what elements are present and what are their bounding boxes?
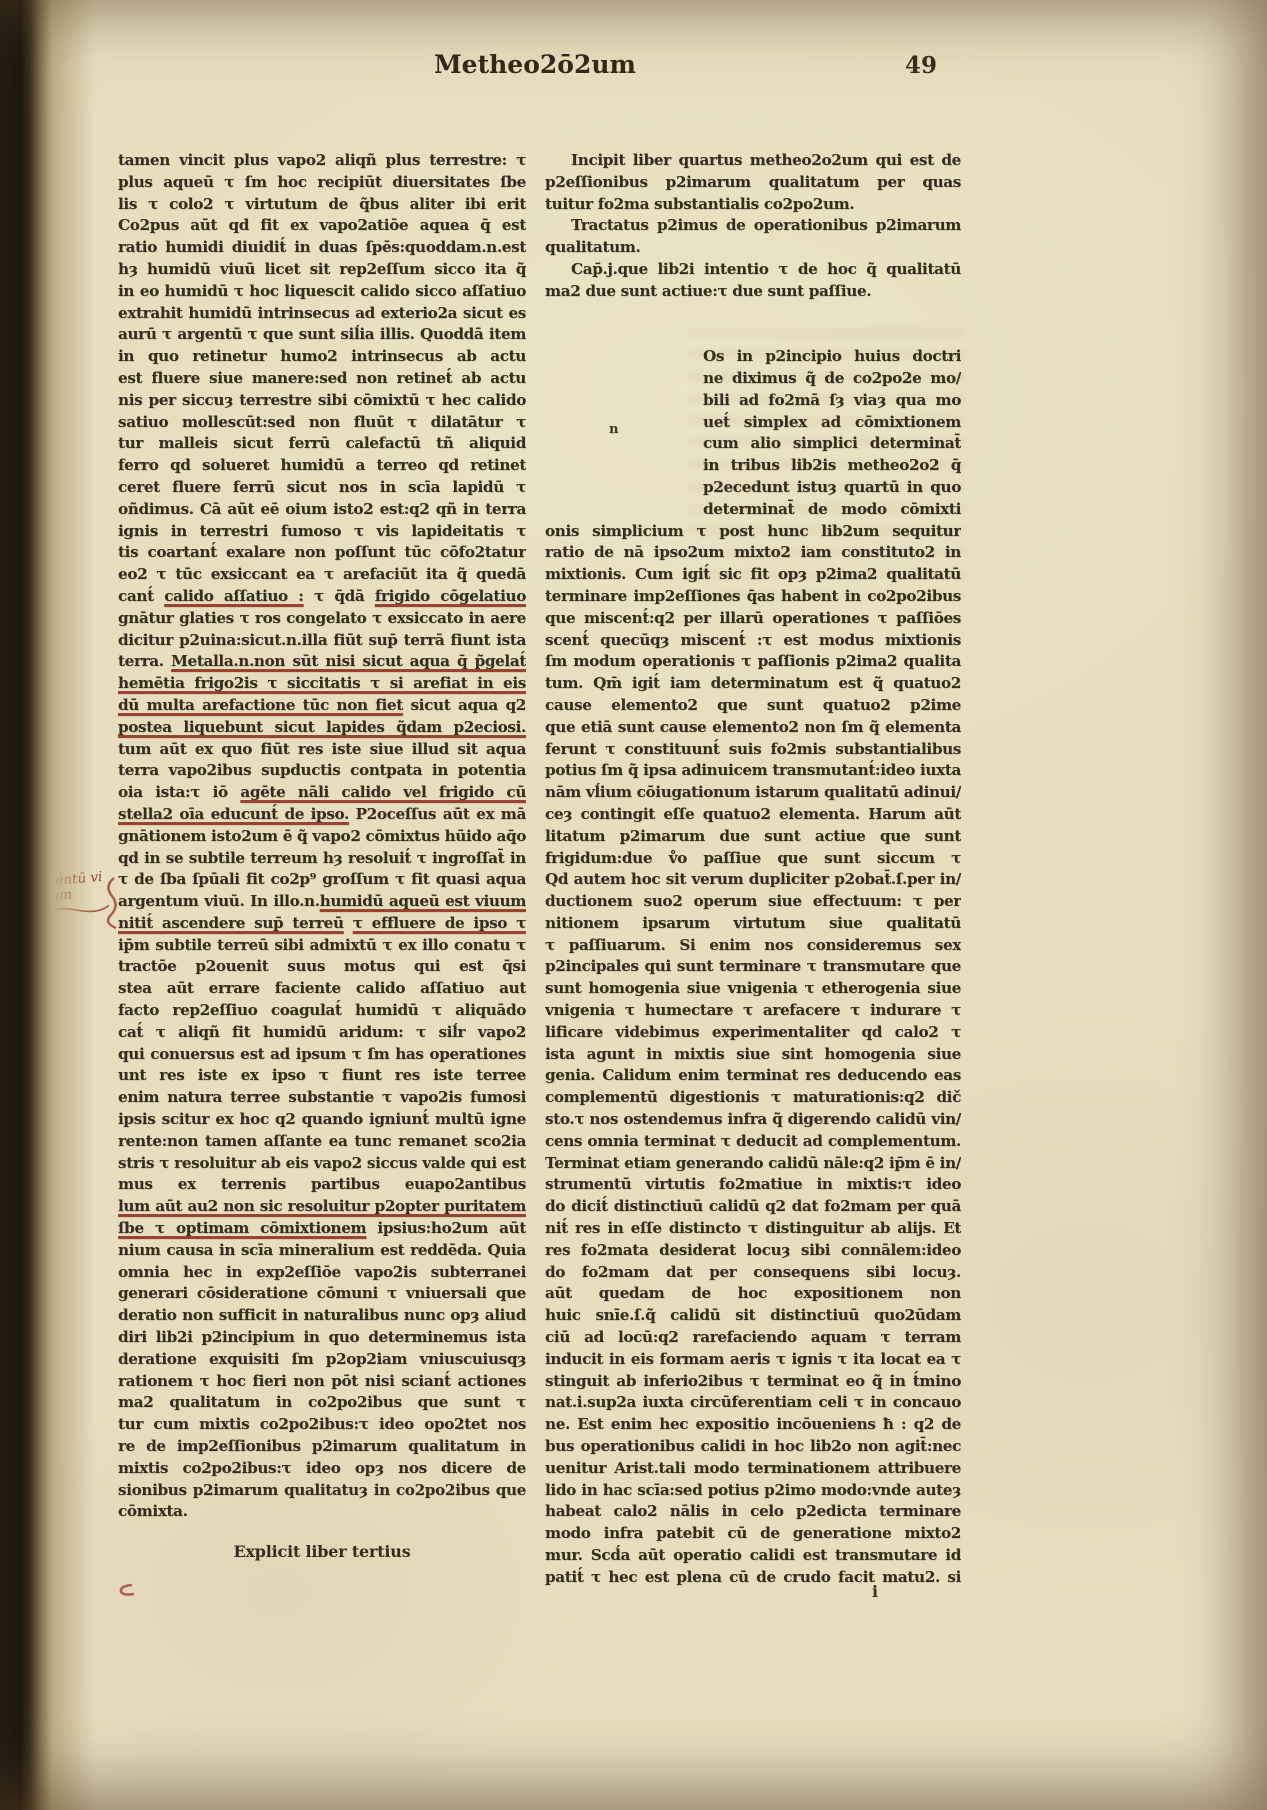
text-line: aūt quedam de hoc expositionem non conue… [545, 1283, 961, 1305]
signature-mark: i [872, 1582, 878, 1601]
text-segment: cum alio simplici determinat̄ [703, 434, 961, 452]
text-line: dicitur p2uina:sicut.n.illa fiūt sup̄ te… [118, 630, 526, 652]
text-segment: nitionem ipsarum virtutum siue qualitatū… [545, 914, 961, 935]
text-line: genia. Calidum enim terminat res deducen… [545, 1065, 961, 1087]
text-line: terra vapo2ibus supductis contpata in po… [118, 760, 526, 782]
text-segment: dicitur p2uina:sicut.n.illa fiūt sup̄ te… [118, 631, 526, 652]
text-segment: litatum p2imarum due sunt actiue que sun… [545, 827, 961, 848]
text-line: determinat̄ de modo cōmixti [703, 499, 961, 521]
text-segment: cōmixta. [118, 1502, 188, 1520]
text-segment: strumentū virtutis fo2matiue in mixtis:τ… [545, 1175, 961, 1196]
text-line: generari cōsideratione cōmuni τ vniuersa… [118, 1283, 526, 1305]
text-line: que miscent́:q2 per illarū operationes τ… [545, 608, 961, 630]
text-line: terra. Metalla.n.non sūt nisi sicut aqua… [118, 651, 526, 673]
text-line: cat́ τ aliqñ fit humidū aridum: τ siĺr v… [118, 1022, 526, 1044]
text-segment: aūt quedam de hoc expositionem non conue… [545, 1284, 961, 1305]
text-line: tamen vincit plus vapo2 aliqñ plus terre… [118, 150, 526, 172]
text-line: ip̄m subtile terreū sibi admixtū τ ex il… [118, 935, 526, 957]
red-underlined-text: calido aſſatiuo : [164, 587, 303, 605]
book-page: Metheo2ō2um 49 tamen vincit plus vapo2 a… [0, 0, 1267, 1810]
text-segment: huic snīe.ſ.q̃ calidū sit distinctiuū qu… [545, 1306, 961, 1327]
text-line: sto.τ nos ostendemus infra q̃ digerendo … [545, 1109, 961, 1131]
text-segment: sionibus p2imarum qualitatuȝ in co2po2ib… [118, 1481, 526, 1502]
text-segment: lificare videbimus experimentaliter qd c… [545, 1023, 961, 1044]
text-line: enim natura terree substantie τ vapo2is … [118, 1087, 526, 1109]
text-line: sunt homogenia siue vnigenia τ etherogen… [545, 978, 961, 1000]
text-line: frigidum:due v̊o paſſiue que sunt siccum… [545, 848, 961, 870]
red-underlined-text: hemētia frigo2is τ siccitatis τ si arefi… [118, 674, 526, 695]
incipit-section: Incipit liber quartus metheo2o2um qui es… [545, 150, 961, 303]
text-segment: sunt homogenia siue vnigenia τ etherogen… [545, 979, 961, 1000]
text-segment: Os in p2incipio huius doctri [703, 347, 961, 365]
text-segment: ciū ad locū:q2 rarefaciendo aquam τ terr… [545, 1328, 961, 1349]
text-segment: do fo2mam dat per consequens sibi locuȝ.… [545, 1263, 961, 1284]
initial-indented-paragraph: Os in p2incipio huius doctrine diximus q… [703, 346, 961, 520]
text-segment: ma2 qualitatum in co2po2ibus que sunt τ … [118, 1393, 526, 1414]
text-line: patit́ τ hec est plena cū de crudo facit… [545, 1567, 961, 1589]
text-segment: stris τ resoluitur ab eis vapo2 siccus v… [118, 1154, 526, 1175]
text-segment: est fluere siue manere:sed non retinet́ … [118, 369, 526, 390]
text-segment: in tribus lib2is metheo2o2 q̄ [703, 456, 961, 474]
text-segment: uet́ simplex ad cōmixtionem [703, 413, 961, 431]
text-line: qualitatum. [545, 237, 961, 259]
text-segment: genia. Calidum enim terminat res deducen… [545, 1066, 961, 1087]
text-line: lis τ colo2 τ virtutum de q̃bus aliter i… [118, 194, 526, 216]
text-segment: gnātur glaties τ ros congelato τ exsicca… [118, 609, 526, 630]
text-segment: enim natura terree substantie τ vapo2is … [118, 1088, 526, 1109]
text-segment: stinguit ab inferio2ibus τ terminat eo q… [545, 1372, 961, 1393]
text-line: cum alio simplici determinat̄ [703, 433, 961, 455]
text-line: ratio de nā ipso2um mixto2 iam constitut… [545, 542, 961, 564]
text-line: stella2 oīa educunt́ de ipso. P2oceſſus … [118, 804, 526, 826]
text-line: argentum viuū. In illo.n.humidū aqueū es… [118, 891, 526, 913]
text-line: stris τ resoluitur ab eis vapo2 siccus v… [118, 1153, 526, 1175]
text-line: cens omnia terminat τ deducit ad complem… [545, 1131, 961, 1153]
text-segment: Cap̄.j.que lib2i intentio τ de hoc q̃ qu… [545, 260, 961, 281]
text-segment: ignis in terrestri fumoso τ vis lapideit… [118, 522, 526, 543]
text-line: Co2pus aūt qd fit ex vapo2atiōe aquea q̄… [118, 215, 526, 237]
text-segment: in quo retinetur humo2 intrinsecus ab ac… [118, 347, 526, 368]
text-segment: sto.τ nos ostendemus infra q̃ digerendo … [545, 1110, 961, 1128]
text-line: res fo2mata desiderat locuȝ sibi connāle… [545, 1240, 961, 1262]
text-segment: terminare imp2eſſiones q̄as habent in co… [545, 587, 961, 605]
text-segment: tum. Qm̄ igit́ iam determinatum est q̃ q… [545, 674, 961, 695]
text-segment: lido in hac scīa:sed potius p2imo modo:v… [545, 1481, 961, 1499]
text-segment: tuitur fo2ma substantialis co2po2um. [545, 195, 854, 213]
text-line: huic snīe.ſ.q̃ calidū sit distinctiuū qu… [545, 1305, 961, 1327]
text-segment: que miscent́:q2 per illarū operationes τ… [545, 609, 961, 630]
text-line: sionibus p2imarum qualitatuȝ in co2po2ib… [118, 1480, 526, 1502]
text-segment: ne diximus q̃ de co2po2e mo/ [703, 369, 961, 387]
text-segment: ductionem suo2 operum siue effectuum: τ … [545, 892, 961, 913]
text-segment: Incipit liber quartus metheo2o2um qui es… [545, 151, 961, 172]
text-segment: bili ad fo2mā ſȝ viaȝ qua mo [703, 391, 961, 409]
text-line: unt res iste ex ipso τ fiunt res iste te… [118, 1065, 526, 1087]
text-line: nium causa in scīa mineralium est reddēd… [118, 1240, 526, 1262]
text-line: plus aqueū τ ſm hoc recipiūt diuersitate… [118, 172, 526, 194]
text-line: ignis in terrestri fumoso τ vis lapideit… [118, 521, 526, 543]
text-segment: Co2pus aūt qd fit ex vapo2atiōe aquea q̄… [118, 216, 526, 237]
text-line: tum aūt ex quo fiūt res iste siue illud … [118, 739, 526, 761]
text-line: cause elemento2 que sunt quatuo2 p2ime q… [545, 695, 961, 717]
text-line: cōmixta. [118, 1501, 526, 1523]
text-segment: stea aūt errare faciente calido aſſatiuo… [118, 979, 526, 1000]
text-line: scent́ quecūqȝ miscent́ :τ est modus mix… [545, 630, 961, 652]
text-segment: bus operationibus calidi in hoc lib2o no… [545, 1437, 961, 1458]
text-line: terminare imp2eſſiones q̄as habent in co… [545, 586, 961, 608]
text-segment: complementū digestionis τ maturationis:q… [545, 1088, 961, 1109]
text-segment: tis coartant́ exalare non poſſunt tūc cō… [118, 543, 526, 564]
text-segment: τ paſſiuarum. Si enim nos consideremus s… [545, 936, 961, 957]
text-segment: cant́ [118, 587, 164, 605]
text-segment: patit́ τ hec est plena cū de crudo facit… [545, 1568, 961, 1589]
text-segment: τ de ſba ſpūali fit co2p⁹ groſſum τ fit … [118, 870, 526, 891]
text-segment: ip̄m subtile terreū sibi admixtū τ ex il… [118, 936, 526, 957]
text-segment: ipsis scitur ex hoc q2 quando igniunt́ m… [118, 1110, 526, 1131]
text-segment: plus aqueū τ ſm hoc recipiūt diuersitate… [118, 173, 526, 194]
text-line: τ de ſba ſpūali fit co2p⁹ groſſum τ fit … [118, 869, 526, 891]
text-segment: qui conuersus est ad ipsum τ ſm has oper… [118, 1045, 526, 1066]
text-line: ista agunt in mixtis siue sint homogenia… [545, 1044, 961, 1066]
text-line: postea liquebunt sicut lapides q̃dam p2e… [118, 717, 526, 739]
text-line: onis simplicium τ post hunc lib2um sequi… [545, 521, 961, 543]
text-line: modo infra patebit cū de generatione mix… [545, 1523, 961, 1545]
text-line: ſbe τ optimam cōmixtionem ipsius:ho2um a… [118, 1218, 526, 1240]
text-segment: unt res iste ex ipso τ fiunt res iste te… [118, 1066, 526, 1087]
text-line: vnigenia τ humectare τ arefacere τ indur… [545, 1000, 961, 1022]
text-segment: facto rep2eſſiuo coagulat́ humidū τ aliq… [118, 1001, 526, 1022]
text-line: que etiā sunt cause elemento2 non ſm q̃ … [545, 717, 961, 739]
text-segment: generari cōsideratione cōmuni τ vniuersa… [118, 1284, 526, 1305]
text-line: nit́ res in eſſe distincto τ distinguitu… [545, 1218, 961, 1240]
text-line: mixtionis. Cum igit́ sic fit opȝ p2ima2 … [545, 564, 961, 586]
running-title: Metheo2ō2um [360, 50, 710, 79]
text-line: eo2 τ tūc exsiccant ea τ arefaciūt ita q… [118, 564, 526, 586]
text-segment: terra vapo2ibus supductis contpata in po… [118, 761, 526, 782]
text-segment: tur malleis sicut ferrū calefactū tñ ali… [118, 434, 526, 455]
text-line: ne diximus q̃ de co2po2e mo/ [703, 368, 961, 390]
text-line: p2ecedunt istuȝ quartū in quo [703, 477, 961, 499]
text-segment: Qd autem hoc sit verum dupliciter p2obat… [545, 870, 961, 888]
text-line: ſm modum operationis τ paſſionis p2ima2 … [545, 651, 961, 673]
text-segment: ratio humidi diuidit́ in duas ſpēs:quodd… [118, 238, 526, 259]
text-line: lum aūt au2 non sic resoluitur p2opter p… [118, 1196, 526, 1218]
text-segment: aurū τ argentū τ que sunt siĺia illis. Q… [118, 325, 526, 346]
text-line: rationem τ hoc fieri non pōt nisi sciant… [118, 1371, 526, 1393]
text-segment: re de imp2eſſionibus p2imarum qualitatum… [118, 1437, 526, 1458]
text-line: ne. Est enim hec expositio incōueniens ħ… [545, 1414, 961, 1436]
text-segment: tur cum mixtis co2po2ibus:τ ideo opo2tet… [118, 1415, 526, 1436]
text-segment: ceret fluere ferrū sicut nos in scīa lap… [118, 478, 526, 499]
text-segment: nis per siccuȝ terrestre sibi cōmixtū τ … [118, 391, 526, 412]
text-line: dū multa arefactione tūc non fiet sicut … [118, 695, 526, 717]
text-line: ferro qd solueret humidū a terreo qd ret… [118, 455, 526, 477]
text-line: rente:non tamen aſſante ea tunc remanet … [118, 1131, 526, 1153]
text-segment: argentum viuū. In illo.n. [118, 892, 320, 910]
text-segment: vnigenia τ humectare τ arefacere τ indur… [545, 1001, 961, 1022]
text-line: tur malleis sicut ferrū calefactū tñ ali… [118, 433, 526, 455]
text-line: ratio humidi diuidit́ in duas ſpēs:quodd… [118, 237, 526, 259]
page-number: 49 [905, 52, 975, 79]
text-line: τ paſſiuarum. Si enim nos consideremus s… [545, 935, 961, 957]
text-segment [344, 914, 353, 932]
text-segment: ista agunt in mixtis siue sint homogenia… [545, 1045, 961, 1066]
text-line: nat.i.sup2a iuxta circūferentiam celi τ … [545, 1392, 961, 1414]
text-line: extrahit humidū intrinsecus ad exterio2a… [118, 303, 526, 325]
text-segment: modo infra patebit cū de generatione mix… [545, 1524, 961, 1545]
text-segment: satiuo mollescūt:sed non fluūt τ dilatāt… [118, 413, 526, 434]
text-line: Incipit liber quartus metheo2o2um qui es… [545, 150, 961, 172]
text-line: qd in se subtile terreum hȝ resoluit́ τ … [118, 848, 526, 870]
text-segment: hȝ humidū viuū licet sit rep2eſſum sicco… [118, 260, 526, 281]
red-underlined-text: stella2 oīa educunt́ de ipso. [118, 805, 349, 823]
text-line: in quo retinetur humo2 intrinsecus ab ac… [118, 346, 526, 368]
text-line: p2eſſionibus p2imarum qualitatum per qua… [545, 172, 961, 194]
text-line: Terminat etiam generando calidū nāle:q2 … [545, 1153, 961, 1175]
text-line: nitionem ipsarum virtutum siue qualitatū… [545, 913, 961, 935]
text-segment: lis τ colo2 τ virtutum de q̃bus aliter i… [118, 195, 526, 216]
text-segment: mixtis co2po2ibus:τ ideo opȝ nos dicere … [118, 1459, 526, 1480]
text-segment: cause elemento2 que sunt quatuo2 p2ime q… [545, 696, 961, 717]
text-line: nām vĺium cōiugationum istarum qualitatū… [545, 782, 961, 804]
text-segment: scent́ quecūqȝ miscent́ :τ est modus mix… [545, 631, 961, 652]
rubricator-flourish-icon [102, 876, 122, 934]
text-segment: determinat̄ de modo cōmixti [703, 500, 961, 518]
initial-guide-letter: n [609, 422, 618, 437]
text-segment: deratio non sufficit in naturalibus nunc… [118, 1306, 526, 1327]
text-segment: ferro qd solueret humidū a terreo qd ret… [118, 456, 526, 477]
text-segment: eo2 τ tūc exsiccant ea τ arefaciūt ita q… [118, 565, 526, 586]
text-segment: frigidum:due v̊o paſſiue que sunt siccum… [545, 849, 961, 870]
text-segment: que etiā sunt cause elemento2 non ſm q̃ … [545, 718, 961, 739]
left-text-column: tamen vincit plus vapo2 aliqñ plus terre… [118, 150, 526, 1523]
text-segment: potius ſm q̃ ipsa adinuicem transmutant́… [545, 761, 961, 779]
text-segment: terra. [118, 652, 171, 670]
text-line: lido in hac scīa:sed potius p2imo modo:v… [545, 1480, 961, 1502]
text-line: stinguit ab inferio2ibus τ terminat eo q… [545, 1371, 961, 1393]
red-underlined-text: ſbe τ optimam cōmixtionem [118, 1219, 366, 1237]
right-text-column: Incipit liber quartus metheo2o2um qui es… [545, 150, 961, 1589]
text-line: mus ex terrenis partibus euapo2antibus c… [118, 1174, 526, 1196]
text-line: inducit in eis formam aeris τ ignis τ it… [545, 1349, 961, 1371]
text-segment: onis simplicium τ post hunc lib2um sequi… [545, 522, 961, 543]
text-segment: gnātionem isto2um ē q̃ vapo2 cōmixtus hū… [118, 827, 526, 845]
red-underlined-text: nitit́ ascendere sup̄ terreū [118, 914, 344, 932]
text-line: do dicit́ distinctiuū calidū q2 dat fo2m… [545, 1196, 961, 1218]
text-segment: qualitatum. [545, 238, 640, 256]
text-line: mixtis co2po2ibus:τ ideo opȝ nos dicere … [118, 1458, 526, 1480]
text-segment: mus ex terrenis partibus euapo2antibus c… [118, 1175, 526, 1196]
text-line: in eo humidū τ hoc liquescit calido sicc… [118, 281, 526, 303]
text-line: bus operationibus calidi in hoc lib2o no… [545, 1436, 961, 1458]
text-line: oñdimus. Cā aūt eē oium isto2 est:q2 qñ … [118, 499, 526, 521]
text-segment: qd in se subtile terreum hȝ resoluit́ τ … [118, 849, 526, 870]
text-segment: omnia hec in exp2eſſiōe vapo2is subterra… [118, 1263, 526, 1284]
text-line: stea aūt errare faciente calido aſſatiuo… [118, 978, 526, 1000]
text-segment: τ q̄dā [304, 587, 375, 605]
red-underlined-text: frigido cōgelatiuo [375, 587, 526, 605]
text-line: est fluere siue manere:sed non retinet́ … [118, 368, 526, 390]
text-segment: res fo2mata desiderat locuȝ sibi connāle… [545, 1241, 961, 1262]
text-line: in tribus lib2is metheo2o2 q̄ [703, 455, 961, 477]
text-segment: oñdimus. Cā aūt eē oium isto2 est:q2 qñ … [118, 500, 526, 521]
text-line: do fo2mam dat per consequens sibi locuȝ.… [545, 1262, 961, 1284]
text-segment: ne. Est enim hec expositio incōueniens ħ… [545, 1415, 961, 1436]
text-line: gnātionem isto2um ē q̃ vapo2 cōmixtus hū… [118, 826, 526, 848]
text-line: nis per siccuȝ terrestre sibi cōmixtū τ … [118, 390, 526, 412]
text-segment: diri lib2i p2incipium in quo determinemu… [118, 1328, 526, 1349]
text-segment: rente:non tamen aſſante ea tunc remanet … [118, 1132, 526, 1153]
explicit-colophon: Explicit liber tertius [118, 1542, 526, 1561]
text-line: ciū ad locū:q2 rarefaciendo aquam τ terr… [545, 1327, 961, 1349]
text-line: facto rep2eſſiuo coagulat́ humidū τ aliq… [118, 1000, 526, 1022]
text-line: cant́ calido aſſatiuo : τ q̄dā frigido c… [118, 586, 526, 608]
text-line: oia ista:τ iō agēte nāli calido vel frig… [118, 782, 526, 804]
text-line: Cap̄.j.que lib2i intentio τ de hoc q̃ qu… [545, 259, 961, 281]
text-line: ceȝ contingit eſſe quatuo2 elementa. Har… [545, 804, 961, 826]
red-underlined-text: postea liquebunt sicut lapides q̃dam p2e… [118, 718, 526, 736]
text-line: Tractatus p2imus de operationibus p2imar… [545, 215, 961, 237]
text-segment: do dicit́ distinctiuū calidū q2 dat fo2m… [545, 1197, 961, 1218]
text-line: nitit́ ascendere sup̄ terreū τ effluere … [118, 913, 526, 935]
text-line: uenitur Arist.tali modo terminationem at… [545, 1458, 961, 1480]
text-line: uet́ simplex ad cōmixtionem [703, 412, 961, 434]
text-line: Os in p2incipio huius doctri [703, 346, 961, 368]
text-segment: nat.i.sup2a iuxta circūferentiam celi τ … [545, 1393, 961, 1414]
text-segment: ceȝ contingit eſſe quatuo2 elementa. Har… [545, 805, 961, 826]
text-segment: oia ista:τ iō [118, 783, 240, 801]
text-segment: Tractatus p2imus de operationibus p2imar… [571, 216, 961, 234]
text-segment: mixtionis. Cum igit́ sic fit opȝ p2ima2 … [545, 565, 961, 586]
text-segment: p2incipales qui sunt terminare τ transmu… [545, 957, 961, 975]
text-line: tis coartant́ exalare non poſſunt tūc cō… [118, 542, 526, 564]
text-line: qui conuersus est ad ipsum τ ſm has oper… [118, 1044, 526, 1066]
text-line: potius ſm q̃ ipsa adinuicem transmutant́… [545, 760, 961, 782]
text-segment: cat́ τ aliqñ fit humidū aridum: τ siĺr v… [118, 1023, 526, 1044]
red-underlined-text: Metalla.n.non sūt nisi sicut aqua q̄ p̃g… [118, 652, 526, 673]
red-underlined-text: lum aūt au2 non sic resoluitur p2opter p… [118, 1197, 526, 1218]
text-line: re de imp2eſſionibus p2imarum qualitatum… [118, 1436, 526, 1458]
text-line: mur. Scd́a aūt operatio calidi est trans… [545, 1545, 961, 1567]
text-line: tur cum mixtis co2po2ibus:τ ideo opo2tet… [118, 1414, 526, 1436]
text-line: strumentū virtutis fo2matiue in mixtis:τ… [545, 1174, 961, 1196]
text-line: hemētia frigo2is τ siccitatis τ si arefi… [118, 673, 526, 695]
text-line: ductionem suo2 operum siue effectuum: τ … [545, 891, 961, 913]
text-segment: tamen vincit plus vapo2 aliqñ plus terre… [118, 151, 526, 172]
text-line: satiuo mollescūt:sed non fluūt τ dilatāt… [118, 412, 526, 434]
text-line: omnia hec in exp2eſſiōe vapo2is subterra… [118, 1262, 526, 1284]
text-segment: nām vĺium cōiugationum istarum qualitatū… [545, 783, 961, 801]
text-line: hȝ humidū viuū licet sit rep2eſſum sicco… [118, 259, 526, 281]
text-segment: nit́ res in eſſe distincto τ distinguitu… [545, 1219, 961, 1240]
text-line: p2incipales qui sunt terminare τ transmu… [545, 956, 961, 978]
text-segment: tractōe p2ouenit suus motus qui est q̄si… [118, 957, 526, 978]
text-line: tractōe p2ouenit suus motus qui est q̄si… [118, 956, 526, 978]
text-line: litatum p2imarum due sunt actiue que sun… [545, 826, 961, 848]
text-line: ceret fluere ferrū sicut nos in scīa lap… [118, 477, 526, 499]
text-line: Qd autem hoc sit verum dupliciter p2obat… [545, 869, 961, 891]
text-line: aurū τ argentū τ que sunt siĺia illis. Q… [118, 324, 526, 346]
text-segment: nium causa in scīa mineralium est reddēd… [118, 1241, 526, 1262]
text-line: diri lib2i p2incipium in quo determinemu… [118, 1327, 526, 1349]
text-segment: cens omnia terminat τ deducit ad complem… [545, 1132, 961, 1150]
text-segment: extrahit humidū intrinsecus ad exterio2a… [118, 304, 526, 325]
red-underlined-text: dū multa arefactione tūc non fiet [118, 696, 403, 714]
text-line: lificare videbimus experimentaliter qd c… [545, 1022, 961, 1044]
text-line: deratio non sufficit in naturalibus nunc… [118, 1305, 526, 1327]
text-segment: rationem τ hoc fieri non pōt nisi sciant… [118, 1372, 526, 1393]
text-segment: in eo humidū τ hoc liquescit calido sicc… [118, 282, 526, 303]
text-segment: inducit in eis formam aeris τ ignis τ it… [545, 1350, 961, 1371]
text-segment: ferunt τ constituunt́ suis fo2mis substa… [545, 740, 961, 761]
red-ink-smudge-icon [116, 1582, 142, 1602]
text-line: deratione exquisiti ſm p2op2iam vniuscui… [118, 1349, 526, 1371]
text-segment: p2ecedunt istuȝ quartū in quo [703, 478, 961, 496]
text-line: bili ad fo2mā ſȝ viaȝ qua mo [703, 390, 961, 412]
text-segment: p2eſſionibus p2imarum qualitatum per qua… [545, 173, 961, 194]
text-line: ma2 due sunt actiue:τ due sunt paſſiue. [545, 281, 961, 303]
text-line: ma2 qualitatum in co2po2ibus que sunt τ … [118, 1392, 526, 1414]
text-line: tuitur fo2ma substantialis co2po2um. [545, 194, 961, 216]
text-line: ipsis scitur ex hoc q2 quando igniunt́ m… [118, 1109, 526, 1131]
text-line: habeat calo2 nālis in celo p2edicta term… [545, 1501, 961, 1523]
right-column-body: onis simplicium τ post hunc lib2um sequi… [545, 521, 961, 1589]
text-line: gnātur glaties τ ros congelato τ exsicca… [118, 608, 526, 630]
text-line: complementū digestionis τ maturationis:q… [545, 1087, 961, 1109]
text-segment: ma2 due sunt actiue:τ due sunt paſſiue. [545, 282, 871, 300]
text-line: tum. Qm̄ igit́ iam determinatum est q̃ q… [545, 673, 961, 695]
text-segment: deratione exquisiti ſm p2op2iam vniuscui… [118, 1350, 526, 1371]
text-segment: tum aūt ex quo fiūt res iste siue illud … [118, 740, 526, 761]
text-line: ferunt τ constituunt́ suis fo2mis substa… [545, 739, 961, 761]
text-segment: uenitur Arist.tali modo terminationem at… [545, 1459, 961, 1480]
text-segment: mur. Scd́a aūt operatio calidi est trans… [545, 1546, 961, 1567]
text-segment: Terminat etiam generando calidū nāle:q2 … [545, 1154, 961, 1172]
text-segment: habeat calo2 nālis in celo p2edicta term… [545, 1502, 961, 1523]
text-segment: ſm modum operationis τ paſſionis p2ima2 … [545, 652, 961, 670]
text-segment: ratio de nā ipso2um mixto2 iam constitut… [545, 543, 961, 564]
